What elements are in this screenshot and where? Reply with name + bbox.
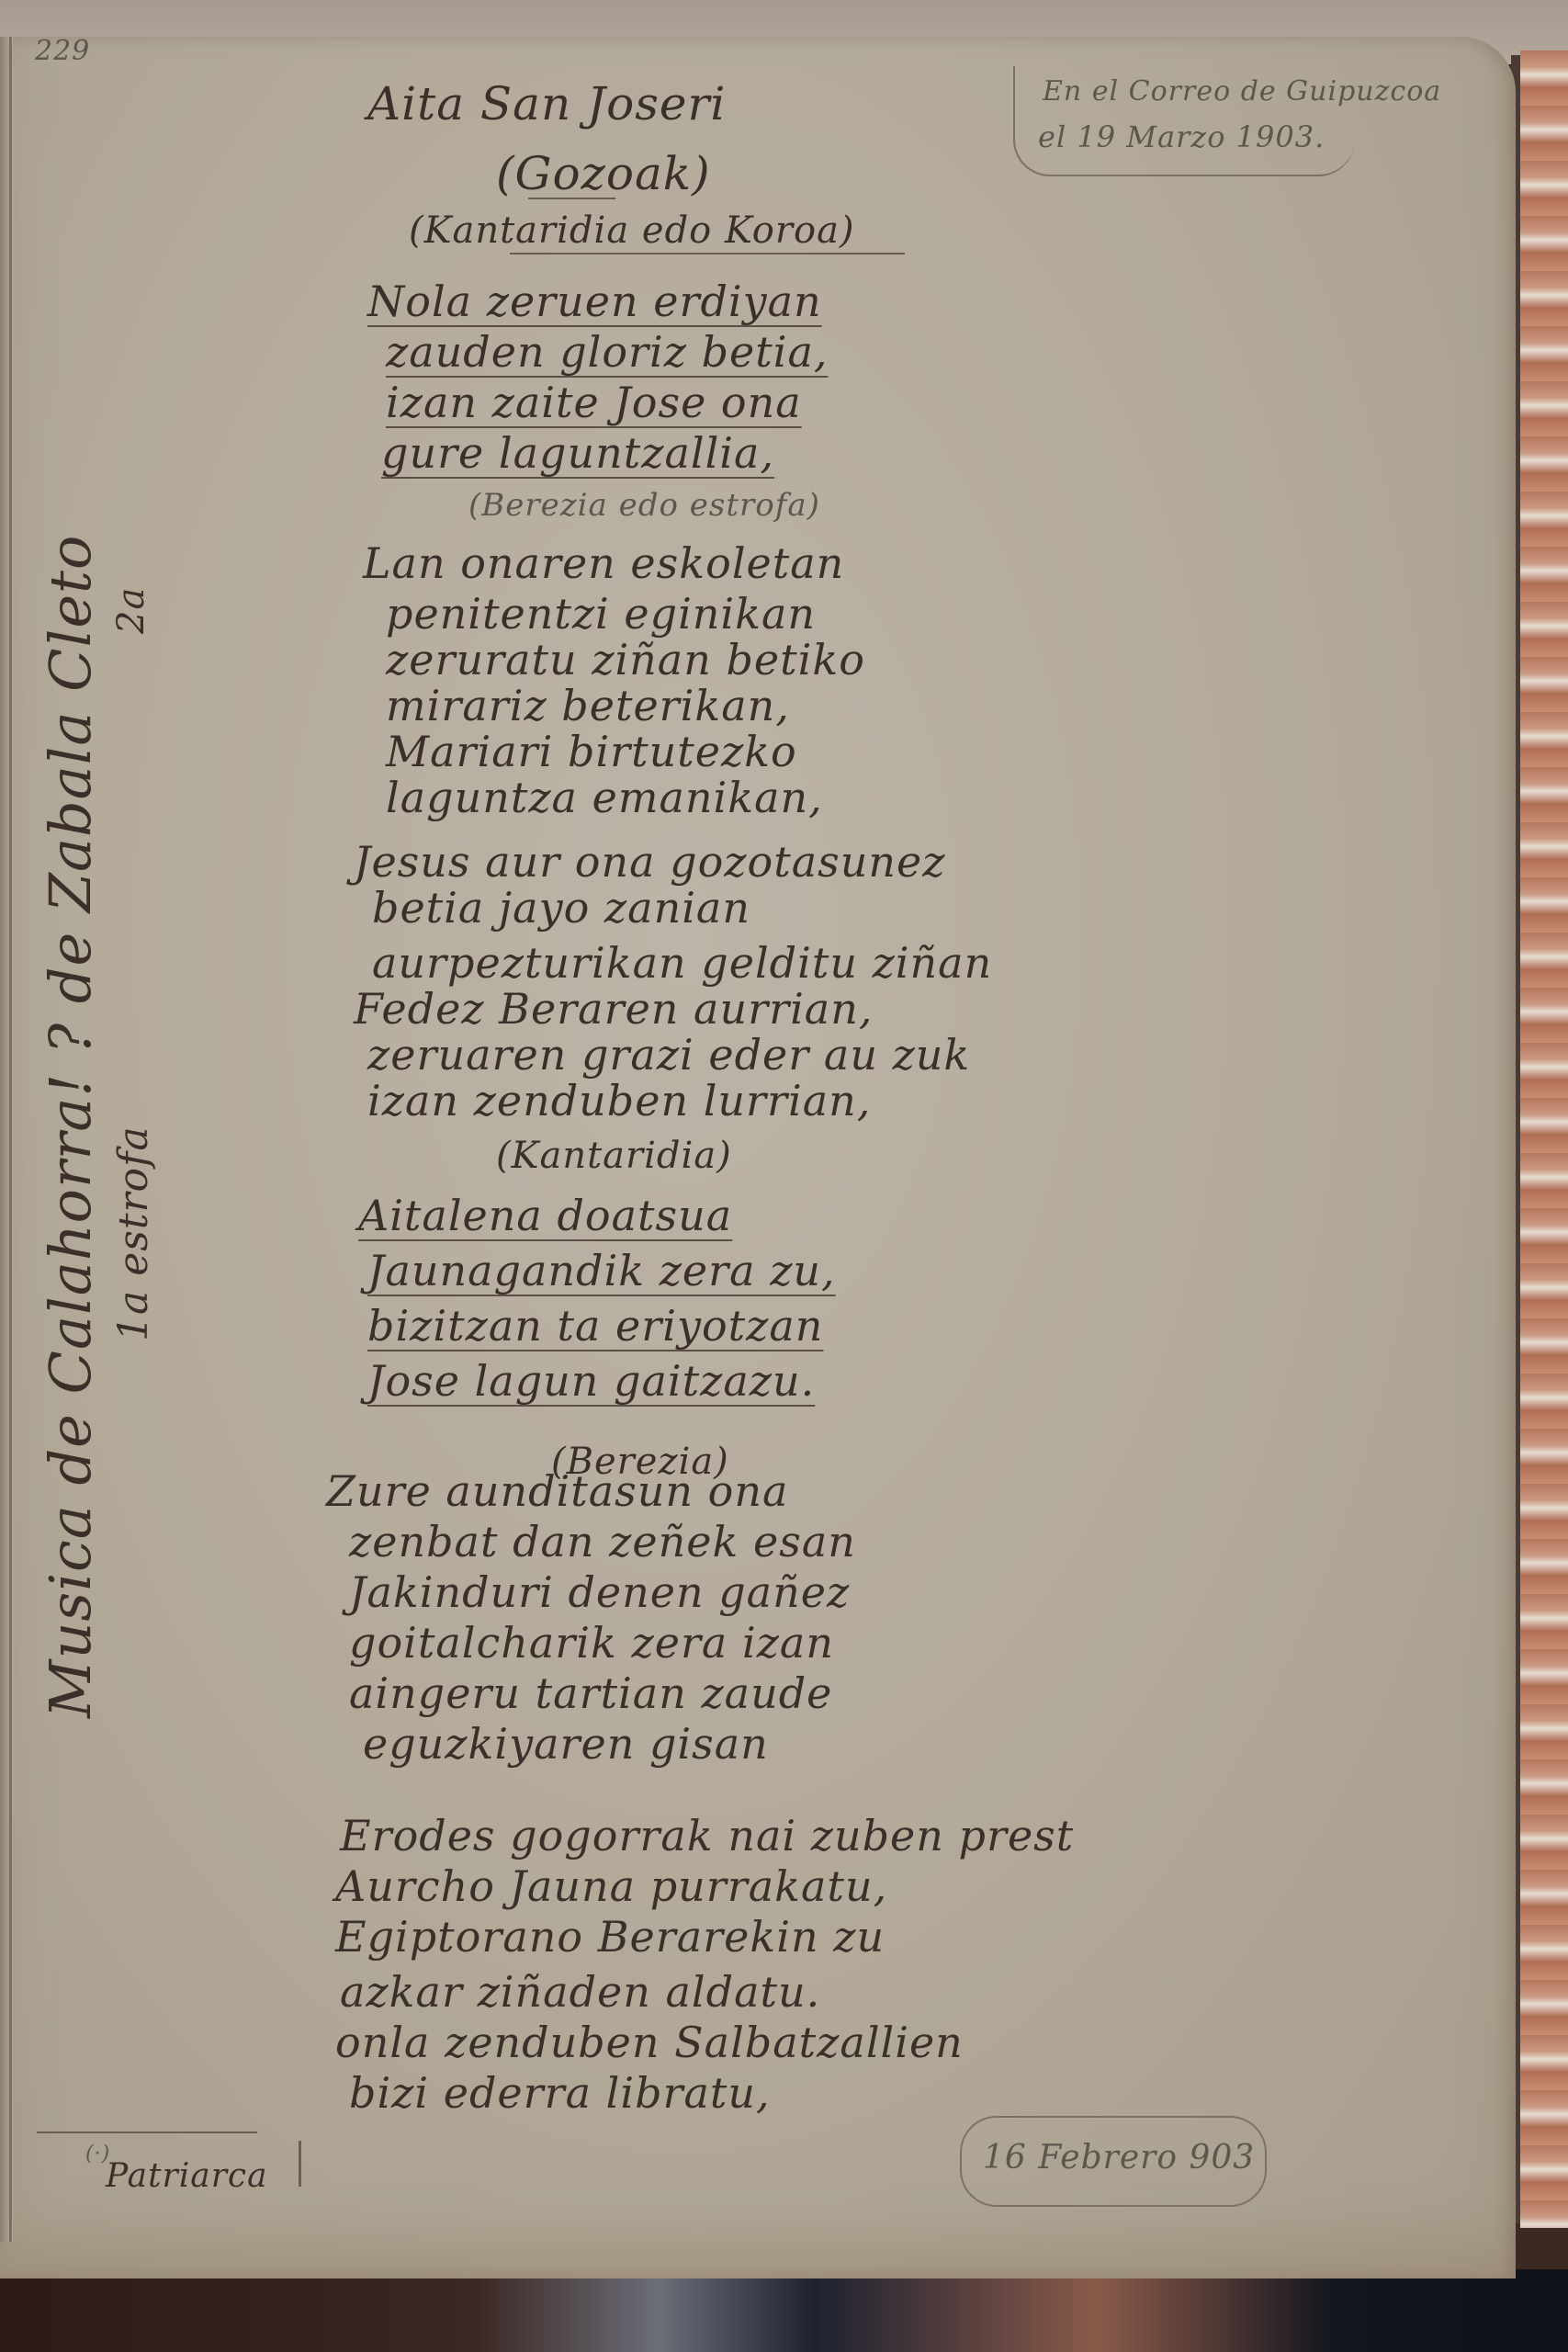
margin-note-first-strophe: 1a estrofa (110, 1125, 157, 1341)
bottom-left-note: Patriarca (106, 2157, 268, 2195)
verse-line: Aitalena doatsua (358, 1194, 732, 1237)
verse-line: izan zenduben lurrian, (367, 1080, 871, 1122)
verse-line: penitentzi eginikan (386, 593, 816, 635)
verse-line: onla zenduben Salbatzallien (335, 2021, 964, 2064)
book-binding (1520, 51, 1568, 2228)
verse-line: zenbat dan zeñek esan (349, 1521, 856, 1563)
verse-line: bizitzan ta eriyotzan (367, 1305, 823, 1347)
verse-line: Erodes gogorrak nai zuben prest (340, 1815, 1074, 1857)
publication-note-line-1: En el Correo de Guipuzcoa (1043, 75, 1441, 107)
verse-line: izan zaite Jose ona (386, 381, 802, 424)
verse-line: zauden gloriz betia, (386, 331, 829, 373)
verse-line: aingeru tartian zaude (349, 1672, 832, 1714)
section-label-kantaridia: (Kantaridia) (496, 1135, 732, 1177)
margin-note-second-strophe: 2a (110, 587, 152, 634)
margin-note-music: Musica de Calahorra! ? de Zabala Cleto (37, 535, 104, 1718)
verse-line: gure laguntzallia, (381, 432, 774, 474)
verse-line: Jose lagun gaitzazu. (367, 1360, 815, 1402)
margin-rule (9, 37, 12, 2242)
verse-line: Egiptorano Berarekin zu (335, 1916, 885, 1958)
verse-line: Zure aunditasun ona (326, 1470, 788, 1512)
photo-backdrop-bottom (0, 2269, 1568, 2352)
verse-line: goitalcharik zera izan (349, 1622, 834, 1664)
section-label-koroa: (Kantaridia edo Koroa) (409, 209, 855, 252)
verse-line: zeruaren grazi eder au zuk (367, 1034, 970, 1076)
date-note: 16 Febrero 903 (983, 2139, 1255, 2177)
poem-title: Aita San Joseri (367, 77, 726, 130)
bottom-left-rule (37, 2131, 257, 2133)
verse-line: Jesus aur ona gozotasunez (354, 841, 945, 883)
page-number: 229 (35, 35, 90, 67)
verse-line: Mariari birtutezko (386, 730, 797, 773)
verse-line: Jaunagandik zera zu, (367, 1249, 836, 1292)
publication-note-line-2: el 19 Marzo 1903. (1038, 119, 1325, 154)
bottom-left-mark (299, 2141, 301, 2187)
verse-line: eguzkiyaren gisan (363, 1723, 769, 1765)
verse-line: Aurcho Jauna purrakatu, (335, 1865, 887, 1907)
verse-line: Nola zeruen erdiyan (367, 280, 822, 322)
verse-line: Fedez Beraren aurrian, (354, 988, 873, 1030)
verse-line: aurpezturikan gelditu ziñan (372, 942, 992, 984)
verse-line: Lan onaren eskoletan (363, 542, 844, 584)
verse-line: mirariz beterikan, (386, 684, 790, 727)
verse-line: betia jayo zanian (372, 887, 750, 929)
section-label-underline (510, 253, 905, 254)
poem-subtitle: (Gozoak) (496, 147, 711, 200)
verse-line: zeruratu ziñan betiko (386, 639, 865, 681)
verse-line: Jakinduri denen gañez (349, 1571, 850, 1613)
verse-line: bizi ederra libratu, (349, 2072, 771, 2114)
verse-line: azkar ziñaden aldatu. (340, 1971, 820, 2013)
subtitle-underline (528, 198, 615, 199)
section-label-estrofa: (Berezia edo estrofa) (468, 487, 820, 524)
verse-line: laguntza emanikan, (386, 776, 823, 819)
